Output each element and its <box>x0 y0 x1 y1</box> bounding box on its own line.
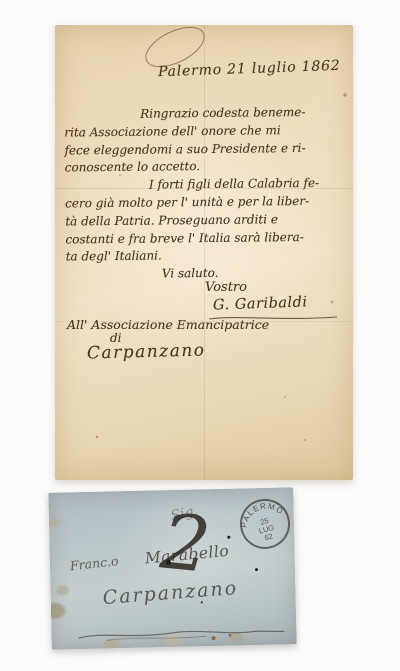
letter-body-line: cero già molto per l' unità e per la lib… <box>65 192 349 213</box>
postmark-graphic: PALERMO 25 LUG 62 <box>233 492 297 556</box>
manuscript-rate-mark: 2 <box>158 503 214 583</box>
envelope-paraph-stroke-2 <box>107 636 207 640</box>
letter-sheet: Palermo 21 luglio 1862 Ringrazio codesta… <box>55 25 353 480</box>
letter-address-line-1: All' Associazione Emancipatrice <box>67 317 269 332</box>
envelope: Sig. PALERMO 25 LUG 62 Franc.o Marabello… <box>48 487 296 650</box>
envelope-prepaid-note: Franc.o <box>69 553 119 573</box>
letter-dateline: Palermo 21 luglio 1862 <box>158 58 341 80</box>
ink-dot <box>201 601 203 603</box>
palermo-postmark: PALERMO 25 LUG 62 <box>233 492 297 556</box>
letter-valediction: Vostro <box>205 280 247 295</box>
rust-spot <box>212 636 216 640</box>
envelope-paraph-stroke <box>78 629 284 638</box>
letter-signature: G. Garibaldi <box>213 294 308 313</box>
envelope-paraph-flourish <box>76 624 286 643</box>
photo-stage: Palermo 21 luglio 1862 Ringrazio codesta… <box>0 0 400 671</box>
letter-body: Ringrazio codesta beneme- rita Associazi… <box>64 104 350 285</box>
ink-dot <box>227 536 230 539</box>
letter-address-line-3: Carpanzano <box>87 340 206 363</box>
postmark-year: 62 <box>263 531 273 542</box>
ink-dot <box>255 568 258 571</box>
rust-spot <box>228 634 231 637</box>
ink-dot <box>166 560 171 565</box>
